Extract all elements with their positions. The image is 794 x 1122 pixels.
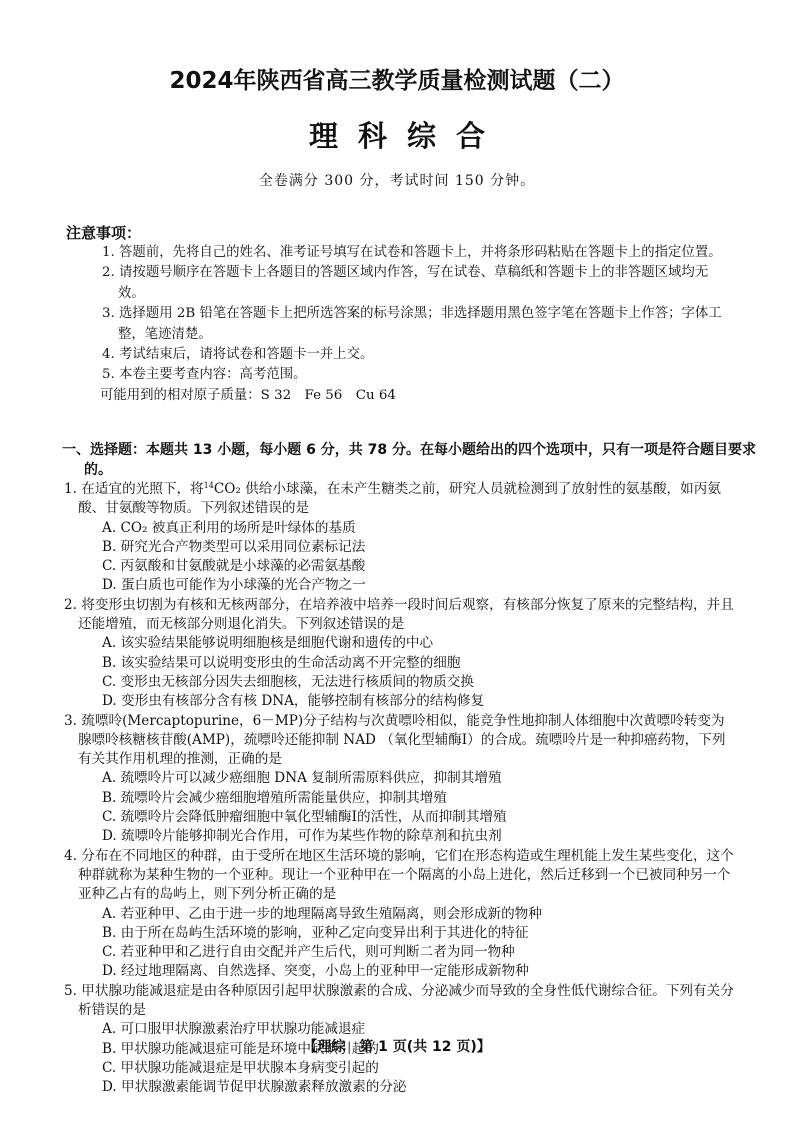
notice-item: 5. 本卷主要考查内容：高考范围。 [102,365,722,385]
option-d: D. 变形虫有核部分含有核 DNA，能够控制有核部分的结构修复 [64,692,736,711]
option-b: B. 研究光合产物类型可以采用同位素标记法 [64,538,736,557]
option-d: D. 巯嘌呤片能够抑制光合作用，可作为某些作物的除草剂和抗虫剂 [64,827,736,846]
exam-page: 2024年陕西省高三教学质量检测试题（二） 理科综合 全卷满分 300 分，考试… [0,0,794,1122]
question-stem: 3. 巯嘌呤(Mercaptopurine，6－MP)分子结构与次黄嘌呤相似，能… [64,712,736,770]
question-4: 4. 分布在不同地区的种群，由于受所在地区生活环境的影响，它们在形态构造或生理机… [64,847,736,982]
page-number-label: 【理综 第 1 页(共 12 页)】 [303,1036,491,1056]
section-heading: 一、选择题：本题共 13 小题，每小题 6 分，共 78 分。在每小题给出的四个… [62,440,756,480]
question-stem: 5. 甲状腺功能减退症是由各种原因引起甲状腺激素的合成、分泌减少而导致的全身性低… [64,982,736,1021]
option-d: D. 甲状腺激素能调节促甲状腺激素释放激素的分泌 [64,1078,736,1097]
notice-item: 1. 答题前，先将自己的姓名、准考证号填写在试卷和答题卡上，并将条形码粘贴在答题… [102,243,722,263]
option-c: C. 巯嘌呤片会降低肿瘤细胞中氧化型辅酶Ⅰ的活性，从而抑制其增殖 [64,808,736,827]
question-list: 1. 在适宜的光照下，将14CO₂ 供给小球藻，在未产生糖类之前，研究人员就检测… [64,480,736,1098]
atomic-mass-info: 可能用到的相对原子质量：S 32 Fe 56 Cu 64 [100,386,722,406]
score-info: 全卷满分 300 分，考试时间 150 分钟。 [0,170,794,190]
isotope-superscript: 14 [204,481,214,490]
notice-heading: 注意事项： [66,222,141,243]
question-stem: 1. 在适宜的光照下，将14CO₂ 供给小球藻，在未产生糖类之前，研究人员就检测… [64,480,736,519]
subject-title: 理科综合 [0,114,794,155]
exam-title: 2024年陕西省高三教学质量检测试题（二） [0,62,794,95]
notice-item: 3. 选择题用 2B 铅笔在答题卡上把所选答案的标号涂黑；非选择题用黑色签字笔在… [102,304,722,345]
question-2: 2. 将变形虫切割为有核和无核两部分，在培养液中培养一段时间后观察，有核部分恢复… [64,596,736,712]
option-a: A. 巯嘌呤片可以减少癌细胞 DNA 复制所需原料供应，抑制其增殖 [64,769,736,788]
question-3: 3. 巯嘌呤(Mercaptopurine，6－MP)分子结构与次黄嘌呤相似，能… [64,712,736,847]
option-c: C. 变形虫无核部分因失去细胞核，无法进行核质间的物质交换 [64,673,736,692]
option-b: B. 巯嘌呤片会减少癌细胞增殖所需能量供应，抑制其增殖 [64,789,736,808]
notice-item: 2. 请按题号顺序在答题卡上各题目的答题区域内作答，写在试卷、草稿纸和答题卡上的… [102,263,722,304]
option-b: B. 该实验结果可以说明变形虫的生命活动离不开完整的细胞 [64,654,736,673]
option-c: C. 丙氨酸和甘氨酸就是小球藻的必需氨基酸 [64,557,736,576]
question-1: 1. 在适宜的光照下，将14CO₂ 供给小球藻，在未产生糖类之前，研究人员就检测… [64,480,736,596]
option-a: A. CO₂ 被真正利用的场所是叶绿体的基质 [64,519,736,538]
option-c: C. 甲状腺功能减退症是甲状腺本身病变引起的 [64,1059,736,1078]
option-d: D. 经过地理隔离、自然选择、突变，小岛上的亚种甲一定能形成新物种 [64,962,736,981]
question-stem: 4. 分布在不同地区的种群，由于受所在地区生活环境的影响，它们在形态构造或生理机… [64,847,736,905]
option-d: D. 蛋白质也可能作为小球藻的光合产物之一 [64,576,736,595]
page-footer: 【理综 第 1 页(共 12 页)】 [0,1036,794,1056]
notice-item: 4. 考试结束后，请将试卷和答题卡一并上交。 [102,345,722,365]
option-c: C. 若亚种甲和乙进行自由交配并产生后代，则可判断二者为同一物种 [64,943,736,962]
notice-list: 1. 答题前，先将自己的姓名、准考证号填写在试卷和答题卡上，并将条形码粘贴在答题… [102,243,722,406]
question-stem: 2. 将变形虫切割为有核和无核两部分，在培养液中培养一段时间后观察，有核部分恢复… [64,596,736,635]
stem-text: 1. 在适宜的光照下，将 [64,481,204,497]
option-a: A. 若亚种甲、乙由于进一步的地理隔离导致生殖隔离，则会形成新的物种 [64,905,736,924]
option-a: A. 该实验结果能够说明细胞核是细胞代谢和遗传的中心 [64,634,736,653]
option-b: B. 由于所在岛屿生活环境的影响，亚种乙定向变异出利于其进化的特征 [64,924,736,943]
